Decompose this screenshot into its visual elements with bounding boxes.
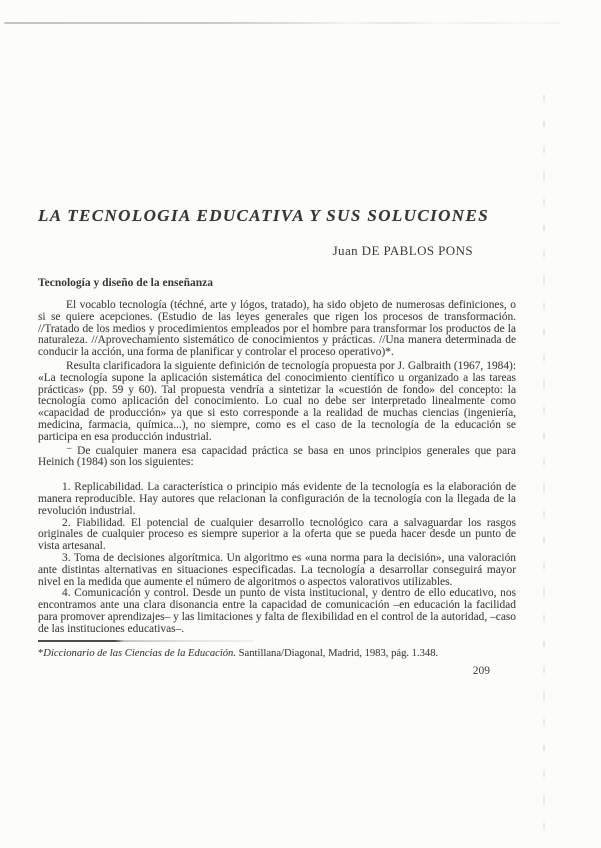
footnote-separator <box>38 640 253 642</box>
list-item-comunicacion-y-control: 4. Comunicación y control. Desde un punt… <box>38 588 516 635</box>
list-item-fiabilidad: 2. Fiabilidad. El potencial de cualquier… <box>38 518 516 553</box>
scan-artifact-right-line <box>543 95 545 848</box>
scanned-page: LA TECNOLOGIA EDUCATIVA Y SUS SOLUCIONES… <box>0 0 601 848</box>
page-content: LA TECNOLOGIA EDUCATIVA Y SUS SOLUCIONES… <box>38 0 516 677</box>
footnote-source-title: Diccionario de las Ciencias de la Educac… <box>43 648 236 659</box>
footnote: *Diccionario de las Ciencias de la Educa… <box>38 648 516 660</box>
footnote-publisher-info: Santillana/Diagonal, Madrid, 1983, pág. … <box>236 648 438 659</box>
section-heading: Tecnología y diseño de la enseñanza <box>38 277 516 289</box>
list-item-replicabilidad: 1. Replicabilidad. La característica o p… <box>38 482 516 517</box>
article-author: Juan DE PABLOS PONS <box>38 243 516 259</box>
article-title: LA TECNOLOGIA EDUCATIVA Y SUS SOLUCIONES <box>38 206 516 226</box>
list-item-toma-de-decisiones: 3. Toma de decisiones algorítmica. Un al… <box>38 553 516 588</box>
paragraph-galbraith: Resulta clarificadora la siguiente defin… <box>38 361 516 444</box>
paragraph-principles-intro: ⁻ De cualquier manera esa capacidad prác… <box>38 446 516 470</box>
paragraph-definition: El vocablo tecnología (téchné, arte y ló… <box>38 300 516 359</box>
page-number: 209 <box>38 665 516 677</box>
